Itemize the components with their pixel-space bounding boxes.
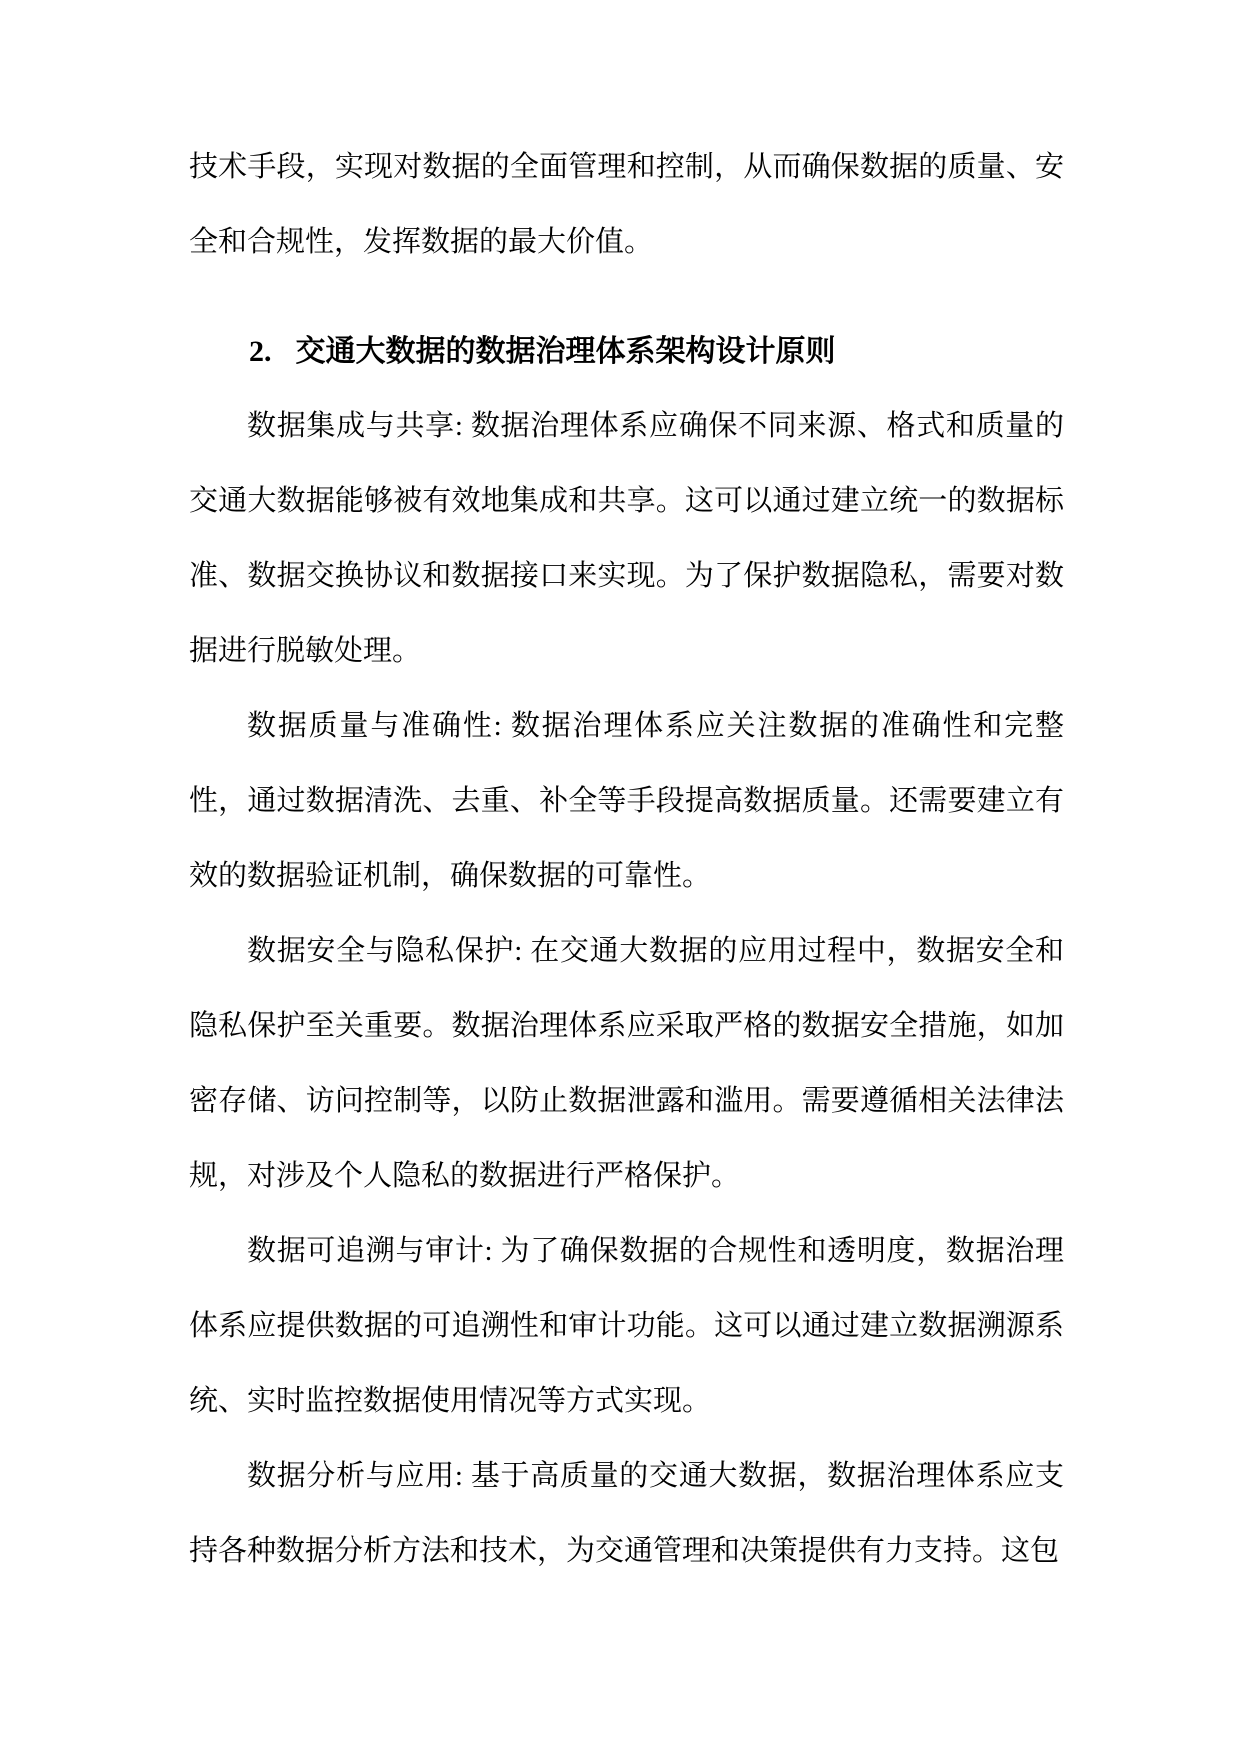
document-page: 技术手段，实现对数据的全面管理和控制，从而确保数据的质量、安全和合规性，发挥数据…	[0, 0, 1241, 1754]
section-heading: 2.交通大数据的数据治理体系架构设计原则	[189, 314, 1064, 389]
paragraph-continuation: 技术手段，实现对数据的全面管理和控制，从而确保数据的质量、安全和合规性，发挥数据…	[189, 130, 1064, 280]
paragraph-data-integration-sharing: 数据集成与共享: 数据治理体系应确保不同来源、格式和质量的交通大数据能够被有效地…	[189, 389, 1064, 689]
paragraph-data-analysis-application: 数据分析与应用: 基于高质量的交通大数据，数据治理体系应支持各种数据分析方法和技…	[189, 1439, 1064, 1589]
paragraph-data-traceability-audit: 数据可追溯与审计: 为了确保数据的合规性和透明度，数据治理体系应提供数据的可追溯…	[189, 1214, 1064, 1439]
section-number: 2.	[249, 335, 272, 368]
section-title: 交通大数据的数据治理体系架构设计原则	[296, 335, 836, 368]
paragraph-data-quality-accuracy: 数据质量与准确性: 数据治理体系应关注数据的准确性和完整性，通过数据清洗、去重、…	[189, 689, 1064, 914]
paragraph-data-security-privacy: 数据安全与隐私保护: 在交通大数据的应用过程中，数据安全和隐私保护至关重要。数据…	[189, 914, 1064, 1214]
